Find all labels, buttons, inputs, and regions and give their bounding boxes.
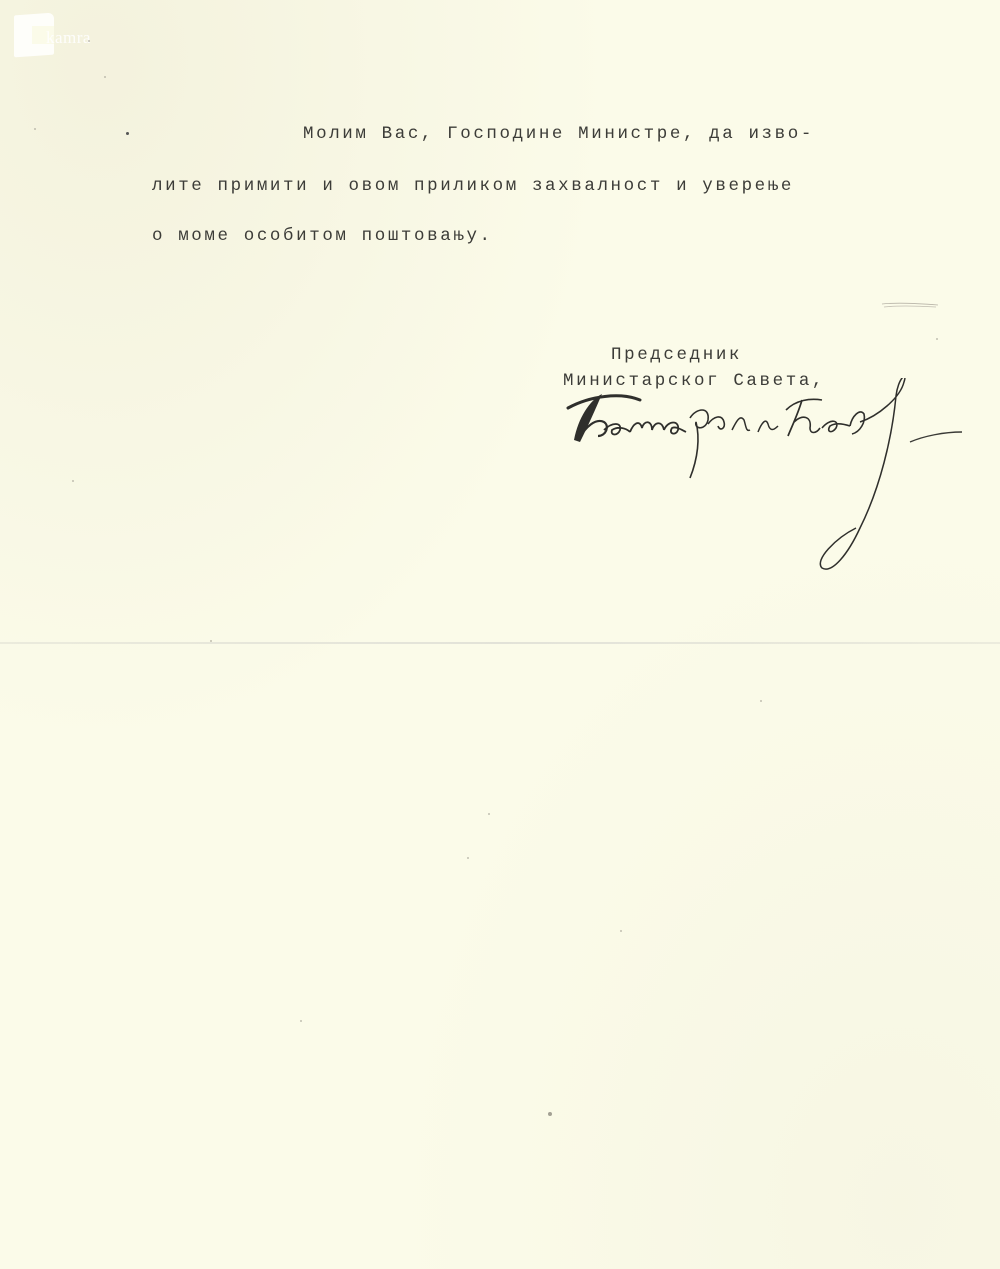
handwritten-signature [560,378,970,578]
body-line-2: лите примити и овом приликом захвалност … [152,176,794,196]
paper-fold-crease [0,642,1000,644]
pencil-mark [880,300,940,310]
body-line-3: о моме особитом поштовању. [152,226,493,246]
body-line-1: Молим Вас, Господине Министре, да изво- [303,124,814,144]
kamra-watermark: kamra [12,14,107,59]
watermark-text: kamra [46,28,91,48]
stray-ink-dot [126,132,129,135]
signatory-title-line-1: Председник [611,345,742,365]
document-page: kamra Молим Вас, Господине Министре, да … [0,0,1000,1269]
